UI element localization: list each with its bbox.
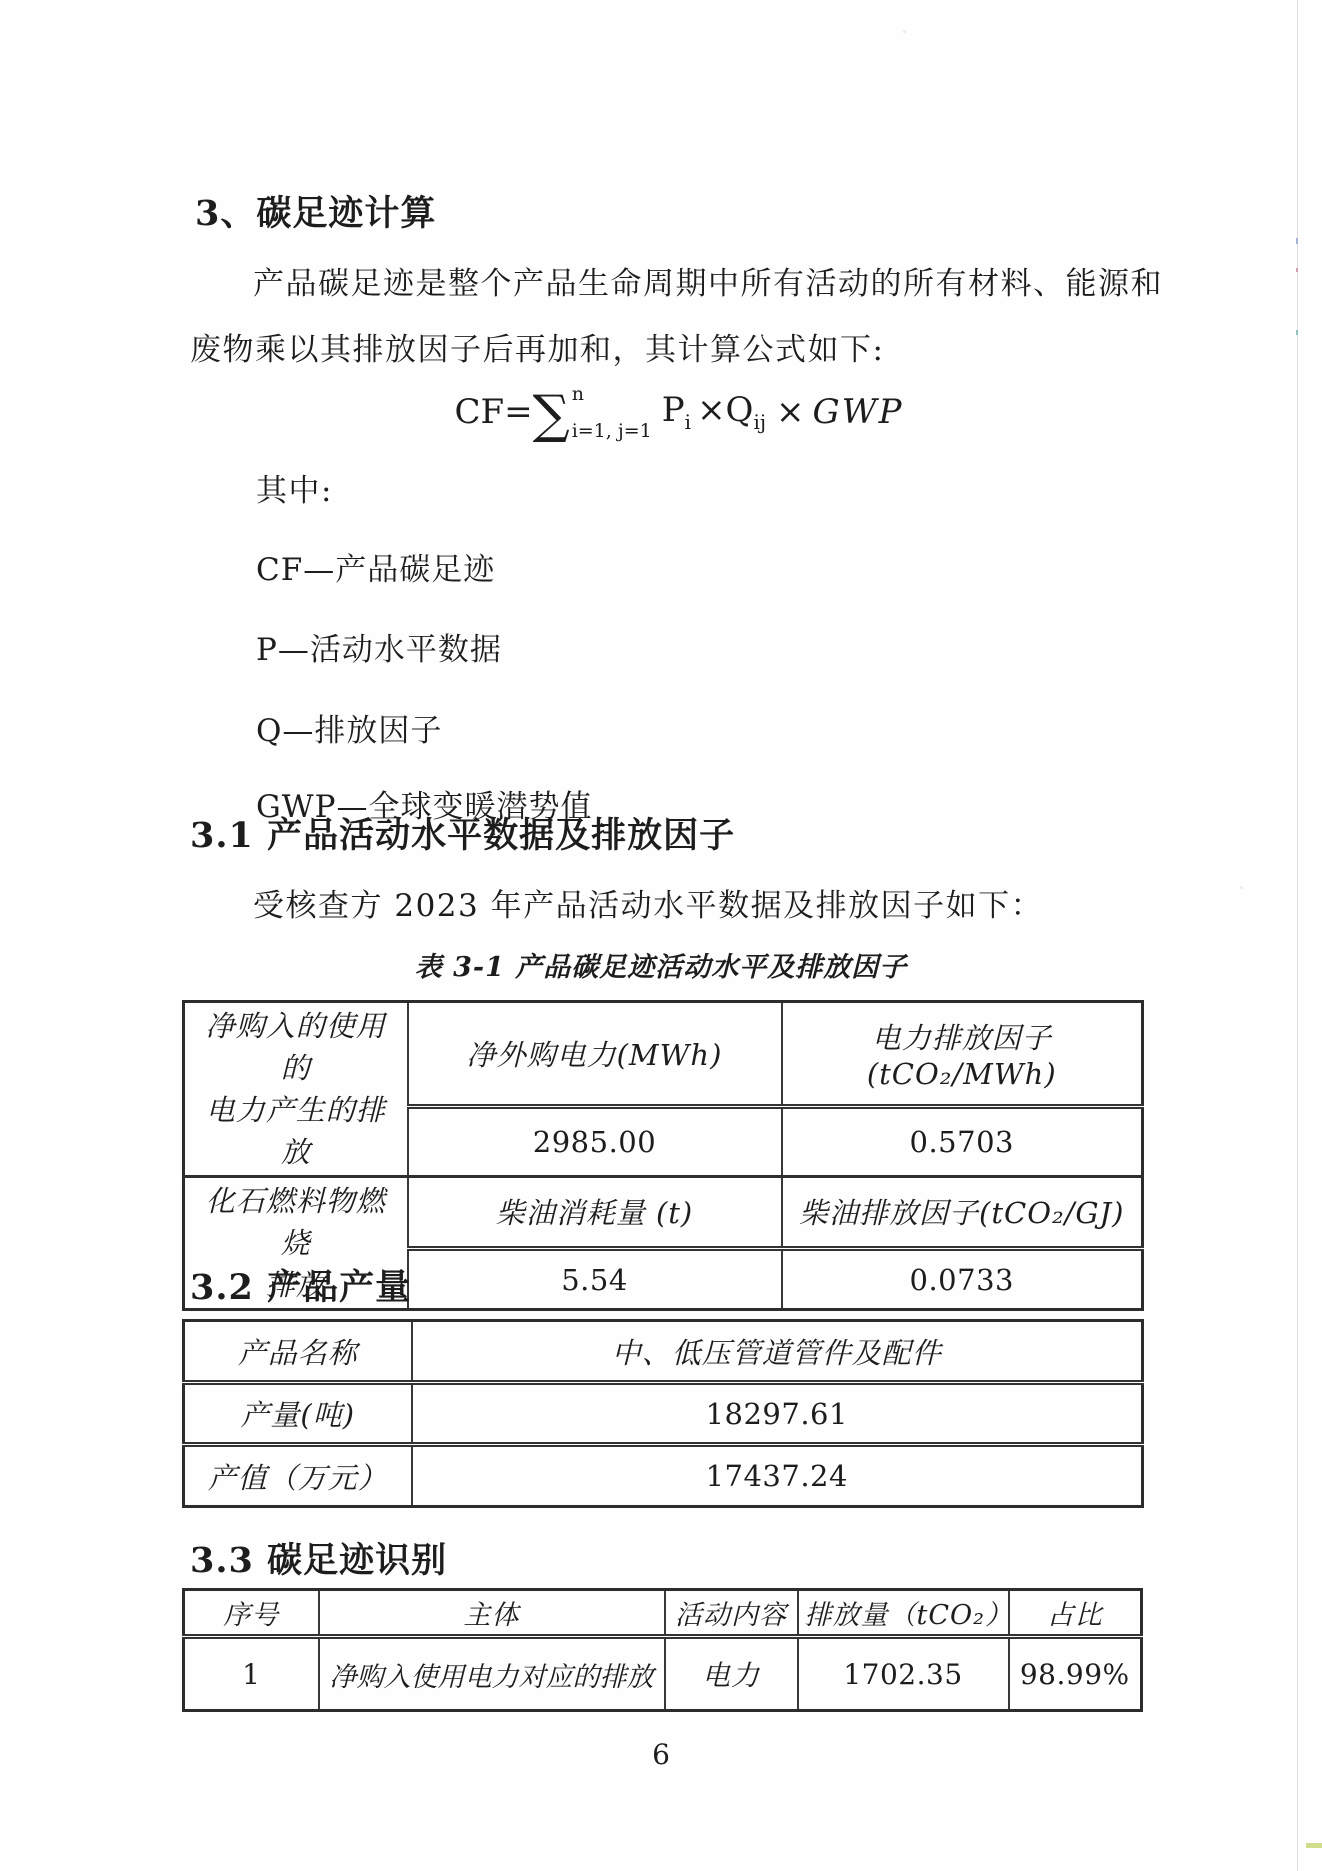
paragraph-line-1: 产品碳足迹是整个产品生命周期中所有活动的所有材料、能源和 bbox=[253, 258, 1163, 303]
sigma-lower-limit: i=1, j=1 bbox=[572, 422, 652, 441]
formula-times-sign: × bbox=[776, 392, 805, 432]
table1-diesel-quantity-value: 5.54 bbox=[408, 1248, 782, 1310]
section-3-1-intro: 受核查方 2023 年产品活动水平数据及排放因子如下： bbox=[253, 880, 1043, 925]
definition-p: P—活动水平数据 bbox=[256, 624, 502, 669]
table3-row1-subject: 净购入使用电力对应的排放 bbox=[319, 1637, 665, 1711]
page-number: 6 bbox=[0, 1738, 1322, 1771]
scan-artifact bbox=[1296, 238, 1298, 244]
scan-artifact bbox=[903, 30, 906, 33]
document-page: 3、碳足迹计算 产品碳足迹是整个产品生命周期中所有活动的所有材料、能源和 废物乘… bbox=[0, 0, 1322, 1871]
table2-product-name-value: 中、低压管道管件及配件 bbox=[412, 1321, 1143, 1383]
paragraph-line-2: 废物乘以其排放因子后再加和，其计算公式如下: bbox=[190, 324, 884, 369]
table3-row1-activity: 电力 bbox=[665, 1637, 798, 1711]
scan-artifact bbox=[1296, 268, 1298, 272]
section-3-2-heading: 3.2 产品产量 bbox=[190, 1260, 411, 1310]
formula-q-term: ×Qij bbox=[697, 390, 766, 434]
sigma-upper-limit: n bbox=[572, 385, 652, 404]
sigma-symbol: ∑ bbox=[533, 392, 570, 439]
category-line: 电力产生的排放 bbox=[191, 1089, 401, 1173]
table1-electricity-factor-value: 0.5703 bbox=[782, 1107, 1143, 1177]
section-3-3-heading: 3.3 碳足迹识别 bbox=[190, 1533, 447, 1583]
table1-electricity-factor-header: 电力排放因子(tCO₂/MWh) bbox=[782, 1002, 1143, 1107]
section-3-heading: 3、碳足迹计算 bbox=[195, 186, 436, 236]
q-subscript: ij bbox=[753, 410, 766, 434]
table-row: 1 净购入使用电力对应的排放 电力 1702.35 98.99% bbox=[184, 1637, 1142, 1711]
scan-edge-line bbox=[1297, 0, 1298, 1871]
table3-row1-emission: 1702.35 bbox=[798, 1637, 1009, 1711]
table3-header-subject: 主体 bbox=[319, 1590, 665, 1637]
table1-electricity-quantity-value: 2985.00 bbox=[408, 1107, 782, 1177]
table1-category-electricity: 净购入的使用的 电力产生的排放 bbox=[184, 1002, 408, 1177]
table3-row1-no: 1 bbox=[184, 1637, 319, 1711]
table1-electricity-quantity-header: 净外购电力(MWh) bbox=[408, 1002, 782, 1107]
formula-lhs: CF= bbox=[454, 392, 532, 432]
category-line: 净购入的使用的 bbox=[191, 1005, 401, 1089]
table3-header-no: 序号 bbox=[184, 1590, 319, 1637]
table2-output-label: 产量(吨) bbox=[184, 1383, 412, 1445]
scan-artifact bbox=[1296, 330, 1298, 335]
table3-header-share: 占比 bbox=[1009, 1590, 1142, 1637]
p-subscript: i bbox=[685, 410, 691, 434]
where-label: 其中: bbox=[256, 465, 333, 510]
section-3-1-heading: 3.1 产品活动水平数据及排放因子 bbox=[190, 808, 735, 858]
table3-header-activity: 活动内容 bbox=[665, 1590, 798, 1637]
table1-diesel-factor-value: 0.0733 bbox=[782, 1248, 1143, 1310]
carbon-footprint-formula: CF=∑ni=1, j=1Pi×Qij×GWP bbox=[0, 383, 1322, 441]
scan-artifact bbox=[1306, 1843, 1322, 1848]
definition-q: Q—排放因子 bbox=[256, 705, 442, 750]
table-product-output: 产品名称 中、低压管道管件及配件 产量(吨) 18297.61 产值（万元） 1… bbox=[182, 1319, 1144, 1508]
formula-p-term: Pi bbox=[662, 390, 691, 434]
table-footprint-identification: 序号 主体 活动内容 排放量（tCO₂） 占比 1 净购入使用电力对应的排放 电… bbox=[182, 1588, 1143, 1712]
table2-output-value: 18297.61 bbox=[412, 1383, 1143, 1445]
table3-header-emission: 排放量（tCO₂） bbox=[798, 1590, 1009, 1637]
table2-value-value: 17437.24 bbox=[412, 1445, 1143, 1507]
table2-product-name-label: 产品名称 bbox=[184, 1321, 412, 1383]
category-line: 化石燃料物燃烧 bbox=[191, 1180, 401, 1264]
table1-diesel-factor-header: 柴油排放因子(tCO₂/GJ) bbox=[782, 1177, 1143, 1249]
table1-diesel-quantity-header: 柴油消耗量 (t) bbox=[408, 1177, 782, 1249]
formula-gwp-term: GWP bbox=[813, 392, 904, 432]
table2-value-label: 产值（万元） bbox=[184, 1445, 412, 1507]
definition-cf: CF—产品碳足迹 bbox=[256, 544, 495, 589]
table3-row1-share: 98.99% bbox=[1009, 1637, 1142, 1711]
sigma-limits: ni=1, j=1 bbox=[572, 383, 652, 441]
scan-artifact bbox=[1240, 886, 1243, 889]
table-3-1-caption: 表 3-1 产品碳足迹活动水平及排放因子 bbox=[0, 945, 1322, 984]
